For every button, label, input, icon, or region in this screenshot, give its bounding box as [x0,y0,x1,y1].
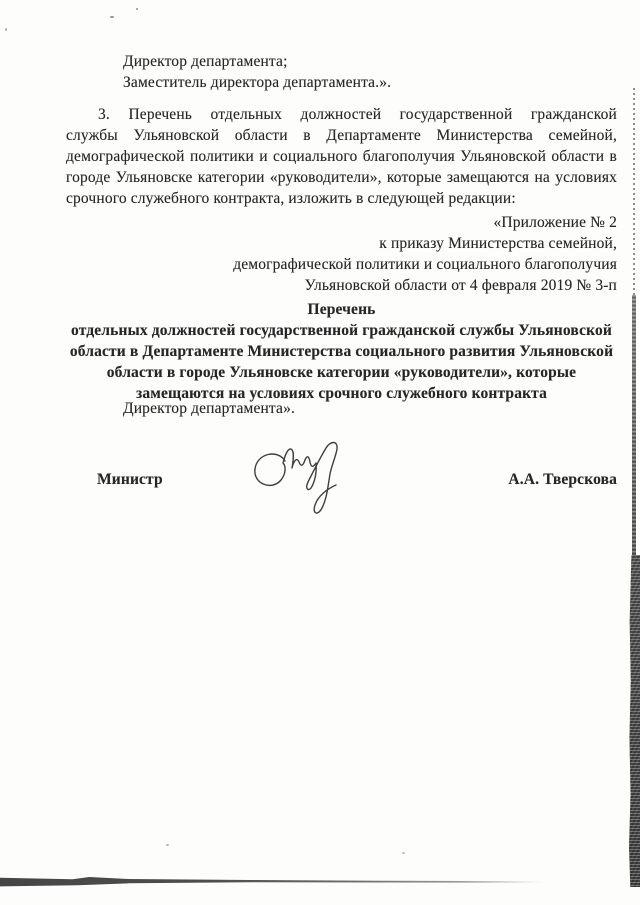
text-line: отдельных должностей государственной гра… [66,320,617,341]
scan-edge-right-mid [632,295,636,559]
text-line: области в Департаменте Министерства соци… [66,341,617,362]
text-line: к приказу Министерства семейной, [66,233,617,254]
text-line: 3. Перечень отдельных должностей государ… [66,104,617,125]
director-line: Директор департамента». [123,398,295,419]
text-line: службы Ульяновской области в Департамент… [66,125,617,146]
text-line: Ульяновской области от 4 февраля 2019 № … [66,275,617,296]
text-line: «Приложение № 2 [66,212,617,233]
text-line: срочного служебного контракта, изложить … [66,188,617,209]
scan-speck [402,852,405,854]
scanned-document-page: Директор департамента;Заместитель директ… [0,0,640,905]
scan-speck [110,16,114,18]
text-line: Заместитель директора департамента.». [123,72,391,93]
scan-edge-bottom [0,877,558,887]
annex-reference-block: «Приложение № 2к приказу Министерства се… [66,212,617,296]
text-line: Перечень [66,299,617,320]
list-heading: Переченьотдельных должностей государстве… [66,299,617,404]
scan-edge-right-wide [629,555,640,887]
scan-speck [5,28,7,31]
text-line: городе Ульяновске категории «руководител… [66,167,617,188]
text-line: демографической политики и социального б… [66,146,617,167]
preamble-lines: Директор департамента;Заместитель директ… [123,51,391,93]
scan-edge-right-dotted [633,88,635,300]
paragraph-item-3: 3. Перечень отдельных должностей государ… [66,104,617,209]
text-line: демографической политики и социального б… [66,254,617,275]
text-line: области в городе Ульяновске категории «р… [66,362,617,383]
scan-speck [166,844,169,846]
text-line: Директор департамента; [123,51,391,72]
scan-speck [136,8,138,10]
signatory-name: А.А. Тверскова [66,469,617,490]
